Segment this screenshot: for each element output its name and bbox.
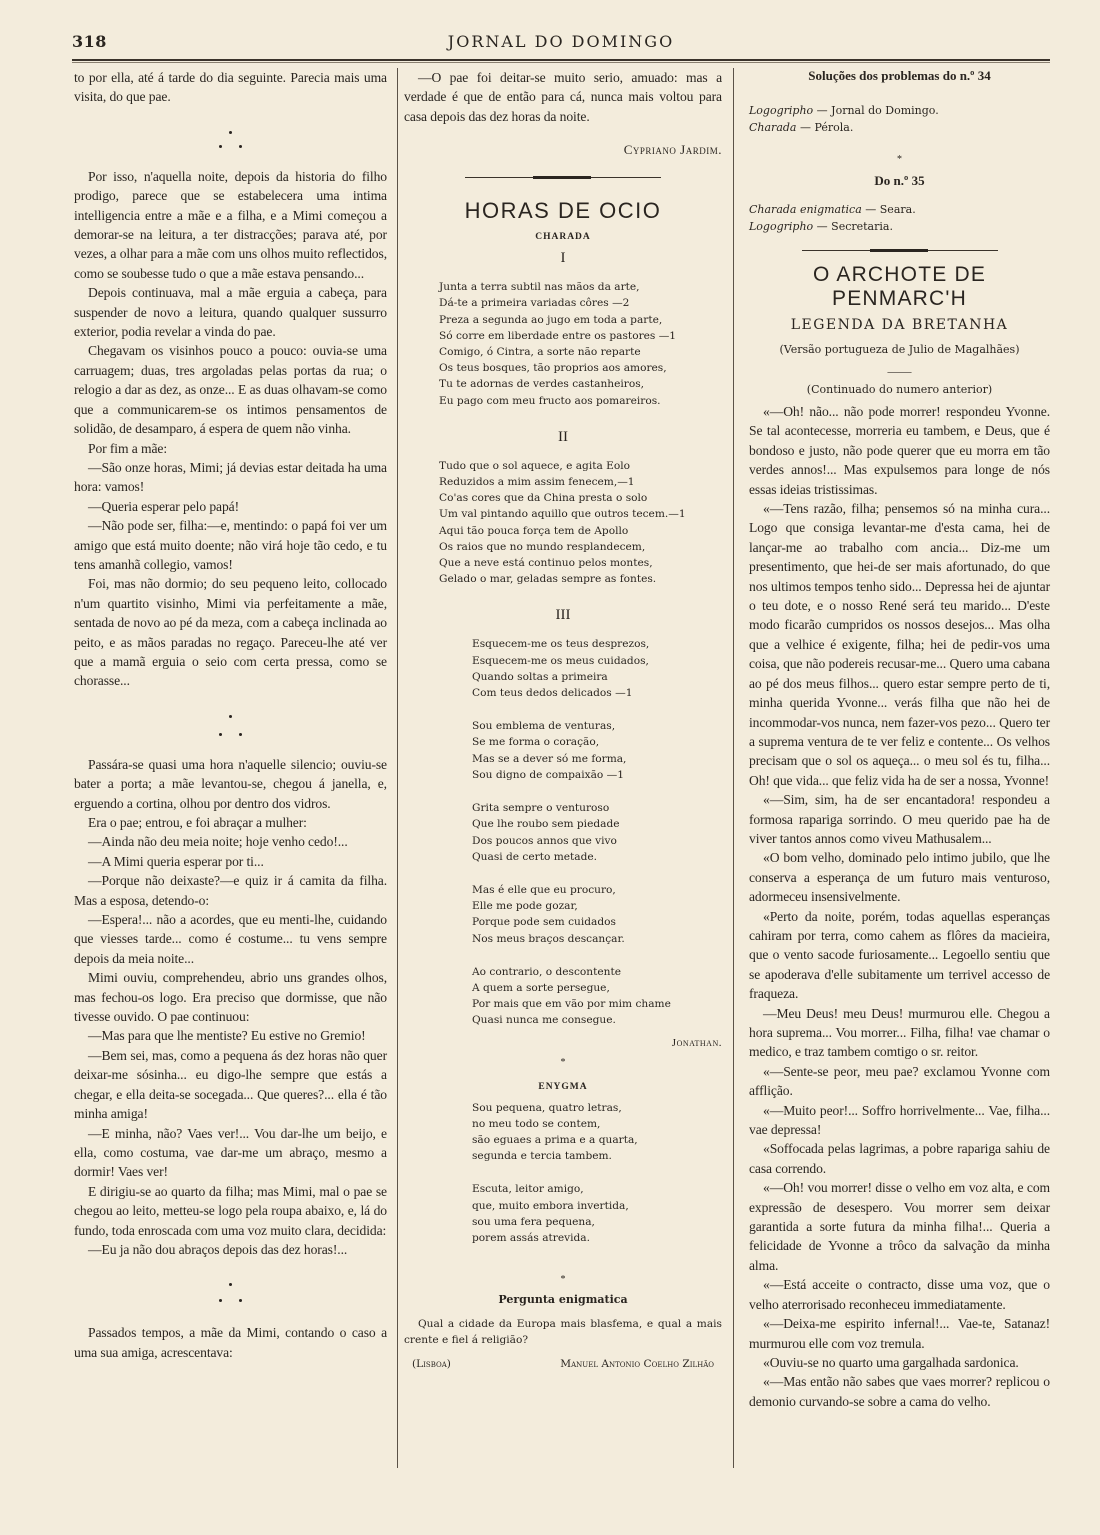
- paragraph: Foi, mas não dormio; do seu pequeno leit…: [74, 574, 387, 690]
- pergunta-credit: (Lisboa) Manuel Antonio Coelho Zilhão: [404, 1358, 722, 1370]
- verse-line: segunda e tercia tambem.: [472, 1148, 722, 1164]
- verse-line: Quando soltas a primeira: [472, 669, 722, 685]
- paragraph: to por ella, até á tarde do dia seguinte…: [74, 68, 387, 107]
- star-separator: *: [404, 1274, 722, 1285]
- paragraph: Passados tempos, a mãe da Mimi, contando…: [74, 1323, 387, 1362]
- verse-line: Esquecem-me os teus desprezos,: [472, 636, 722, 652]
- column-story: to por ella, até á tarde do dia seguinte…: [74, 68, 387, 1362]
- paragraph: «—Oh! vou morrer! disse o velho em voz a…: [749, 1178, 1050, 1275]
- verse-line: Mas é elle que eu procuro,: [472, 882, 722, 898]
- verse-line: Esquecem-me os meus cuidados,: [472, 653, 722, 669]
- paragraph: «—Muito peor!... Soffro horrivelmente...…: [749, 1101, 1050, 1140]
- numeral-heading: III: [404, 607, 722, 624]
- verse-block: Grita sempre o venturosoQue lhe roubo se…: [404, 800, 722, 865]
- verse-line: Dá-te a primeira variadas côres —2: [439, 295, 722, 311]
- paragraph: «—Sente-se peor, meu pae? exclamou Yvonn…: [749, 1062, 1050, 1101]
- paragraph: «Ouviu-se no quarto uma gargalhada sardo…: [749, 1353, 1050, 1372]
- solutions-heading: Soluções dos problemas do n.º 34: [749, 68, 1050, 84]
- paragraph: —Queria esperar pelo papá!: [74, 497, 387, 516]
- credit-author: Manuel Antonio Coelho Zilhão: [560, 1358, 714, 1370]
- ornament-rule: [802, 249, 998, 253]
- verse-line: Preza a segunda ao jugo em toda a parte,: [439, 312, 722, 328]
- verse-block: Sou pequena, quatro letras,no meu todo s…: [404, 1100, 722, 1165]
- paragraph: «O bom velho, dominado pelo intimo jubil…: [749, 848, 1050, 906]
- paragraph: «—Deixa-me espirito infernal!... Vae-te,…: [749, 1314, 1050, 1353]
- section-break-dots: [74, 1259, 387, 1323]
- paragraph: —O pae foi deitar-se muito serio, amuado…: [404, 68, 722, 126]
- section-break-dots: [74, 691, 387, 755]
- verse-line: Aqui tão pouca força tem de Apollo: [439, 523, 722, 539]
- verse-line: Gelado o mar, geladas sempre as fontes.: [439, 571, 722, 587]
- page-header: 318 JORNAL DO DOMINGO: [72, 30, 1050, 54]
- verse-line: Quasi nunca me consegue.: [472, 1012, 722, 1028]
- solution-line: Logogripho — Secretaria.: [749, 218, 1050, 235]
- verse-line: sou uma fera pequena,: [472, 1214, 722, 1230]
- paragraph: Era o pae; entrou, e foi abraçar a mulhe…: [74, 813, 387, 832]
- verse-line: Os teus bosques, tão proprios aos amores…: [439, 360, 722, 376]
- verse-line: Que a neve está continuo pelos montes,: [439, 555, 722, 571]
- paragraph: «—Oh! não... não pode morrer! respondeu …: [749, 402, 1050, 499]
- serial-title: O ARCHOTE DE PENMARC'H: [749, 263, 1050, 311]
- solution-line: Charada enigmatica — Seara.: [749, 201, 1050, 218]
- ornament-rule: [465, 176, 661, 180]
- charada-label: CHARADA: [404, 232, 722, 242]
- solutions-35-heading: Do n.º 35: [749, 173, 1050, 189]
- verse-line: Se me forma o coração,: [472, 734, 722, 750]
- verse-block: Mas é elle que eu procuro,Elle me pode g…: [404, 882, 722, 947]
- verse-line: Ao contrario, o descontente: [472, 964, 722, 980]
- verse-line: são eguaes a prima e a quarta,: [472, 1132, 722, 1148]
- paragraph: —A Mimi queria esperar por ti...: [74, 852, 387, 871]
- solutions-34: Logogripho — Jornal do Domingo. Charada …: [749, 102, 1050, 136]
- verse-line: Dos poucos annos que vivo: [472, 833, 722, 849]
- solutions-35: Charada enigmatica — Seara. Logogripho —…: [749, 201, 1050, 235]
- paragraph: «—Tens razão, filha; pensemos só na minh…: [749, 499, 1050, 790]
- continued-note: (Continuado do numero anterior): [749, 383, 1050, 396]
- verse-block: Tudo que o sol aquece, e agita EoloReduz…: [404, 458, 722, 588]
- verse-line: Os raios que no mundo resplandecem,: [439, 539, 722, 555]
- verse-line: Comigo, ó Cintra, a sorte não reparte: [439, 344, 722, 360]
- verse-line: Junta a terra subtil nas mãos da arte,: [439, 279, 722, 295]
- paragraph: «—Está acceite o contracto, disse uma vo…: [749, 1275, 1050, 1314]
- paragraph: «—Sim, sim, ha de ser encantadora! respo…: [749, 790, 1050, 848]
- paragraph: Passára-se quasi uma hora n'aquelle sile…: [74, 755, 387, 813]
- verse-line: Escuta, leitor amigo,: [472, 1181, 722, 1197]
- column-divider: [397, 68, 398, 1468]
- dash-separator: ——: [749, 364, 1050, 379]
- verse-line: Sou emblema de venturas,: [472, 718, 722, 734]
- paragraph: —Eu ja não dou abraços depois das dez ho…: [74, 1240, 387, 1259]
- verse-line: Nos meus braços descançar.: [472, 931, 722, 947]
- verse-line: no meu todo se contem,: [472, 1116, 722, 1132]
- verse-line: Reduzidos a mim assim fenecem,—1: [439, 474, 722, 490]
- verse-line: Tudo que o sol aquece, e agita Eolo: [439, 458, 722, 474]
- enygma-label: ENYGMA: [404, 1082, 722, 1092]
- paragraph: «—Mas então não sabes que vaes morrer? r…: [749, 1372, 1050, 1411]
- verse-line: Grita sempre o venturoso: [472, 800, 722, 816]
- paragraph: Mimi ouviu, comprehendeu, abrio uns gran…: [74, 968, 387, 1026]
- header-rule: [72, 59, 1050, 61]
- header-rule-thin: [72, 62, 1050, 63]
- newspaper-page: 318 JORNAL DO DOMINGO to por ella, até á…: [0, 0, 1100, 1535]
- paragraph: «Soffocada pelas lagrimas, a pobre rapar…: [749, 1139, 1050, 1178]
- paragraph: —Mas para que lhe mentiste? Eu estive no…: [74, 1026, 387, 1045]
- masthead: JORNAL DO DOMINGO: [72, 32, 1050, 51]
- column-pastimes: —O pae foi deitar-se muito serio, amuado…: [404, 68, 722, 1370]
- solution-line: Logogripho — Jornal do Domingo.: [749, 102, 1050, 119]
- credit-place: (Lisboa): [412, 1358, 451, 1370]
- verse-line: Com teus dedos delicados —1: [472, 685, 722, 701]
- verse-line: Mas se a dever só me forma,: [472, 751, 722, 767]
- star-separator: *: [749, 154, 1050, 165]
- translation-credit: (Versão portugueza de Julio de Magalhães…: [749, 343, 1050, 356]
- verse-line: que, muito embora invertida,: [472, 1198, 722, 1214]
- verse-line: Sou pequena, quatro letras,: [472, 1100, 722, 1116]
- verse-line: Só corre em liberdade entre os pastores …: [439, 328, 722, 344]
- verse-line: Tu te adornas de verdes castanheiros,: [439, 376, 722, 392]
- paragraph: —Espera!... não a acordes, que eu menti-…: [74, 910, 387, 968]
- verse-block: Ao contrario, o descontenteA quem a sort…: [404, 964, 722, 1029]
- paragraph: —Ainda não deu meia noite; hoje venho ce…: [74, 832, 387, 851]
- paragraph: —E minha, não? Vaes ver!... Vou dar-lhe …: [74, 1124, 387, 1182]
- verse-block: Esquecem-me os teus desprezos,Esquecem-m…: [404, 636, 722, 701]
- solution-line: Charada — Pérola.: [749, 119, 1050, 136]
- verse-line: Elle me pode gozar,: [472, 898, 722, 914]
- section-title: HORAS DE OCIO: [404, 198, 722, 224]
- paragraph: «Perto da noite, porém, todas aquellas e…: [749, 907, 1050, 1004]
- numeral-heading: I: [404, 250, 722, 267]
- verse-line: Quasi de certo metade.: [472, 849, 722, 865]
- paragraph: Depois continuava, mal a mãe erguia a ca…: [74, 283, 387, 341]
- column-serial: Soluções dos problemas do n.º 34 Logogri…: [749, 68, 1050, 1411]
- author-signature: Cypriano Jardim.: [404, 142, 722, 158]
- verse-line: Um val pintando aquillo que outros tecem…: [439, 506, 722, 522]
- paragraph: —Meu Deus! meu Deus! murmurou elle. Cheg…: [749, 1004, 1050, 1062]
- paragraph: —Bem sei, mas, como a pequena ás dez hor…: [74, 1046, 387, 1124]
- serial-subtitle: LEGENDA DA BRETANHA: [749, 317, 1050, 333]
- verse-line: porem assás atrevida.: [472, 1230, 722, 1246]
- paragraph: E dirigiu-se ao quarto da filha; mas Mim…: [74, 1182, 387, 1240]
- verse-line: Sou digno de compaixão —1: [472, 767, 722, 783]
- verse-line: Por mais que em vão por mim chame: [472, 996, 722, 1012]
- verse-block: Sou emblema de venturas,Se me forma o co…: [404, 718, 722, 783]
- verse-line: Eu pago com meu fructo aos pomareiros.: [439, 393, 722, 409]
- author-signature: Jonathan.: [404, 1037, 722, 1049]
- verse-block: Junta a terra subtil nas mãos da arte,Dá…: [404, 279, 722, 409]
- paragraph: —Não pode ser, filha:—e, mentindo: o pap…: [74, 516, 387, 574]
- pergunta-text: Qual a cidade da Europa mais blasfema, e…: [404, 1316, 722, 1348]
- verse-line: Que lhe roubo sem piedade: [472, 816, 722, 832]
- verse-line: A quem a sorte persegue,: [472, 980, 722, 996]
- column-divider: [733, 68, 734, 1468]
- paragraph: Por fim a mãe:: [74, 439, 387, 458]
- star-separator: *: [404, 1057, 722, 1068]
- numeral-heading: II: [404, 429, 722, 446]
- pergunta-title: Pergunta enigmatica: [404, 1293, 722, 1306]
- verse-line: Co'as cores que da China presta o solo: [439, 490, 722, 506]
- paragraph: —Porque não deixaste?—e quiz ir á camita…: [74, 871, 387, 910]
- verse-line: Porque pode sem cuidados: [472, 914, 722, 930]
- section-break-dots: [74, 107, 387, 167]
- paragraph: Chegavam os visinhos pouco a pouco: ouvi…: [74, 341, 387, 438]
- verse-block: Escuta, leitor amigo,que, muito embora i…: [404, 1181, 722, 1246]
- paragraph: —São onze horas, Mimi; já devias estar d…: [74, 458, 387, 497]
- paragraph: Por isso, n'aquella noite, depois da his…: [74, 167, 387, 283]
